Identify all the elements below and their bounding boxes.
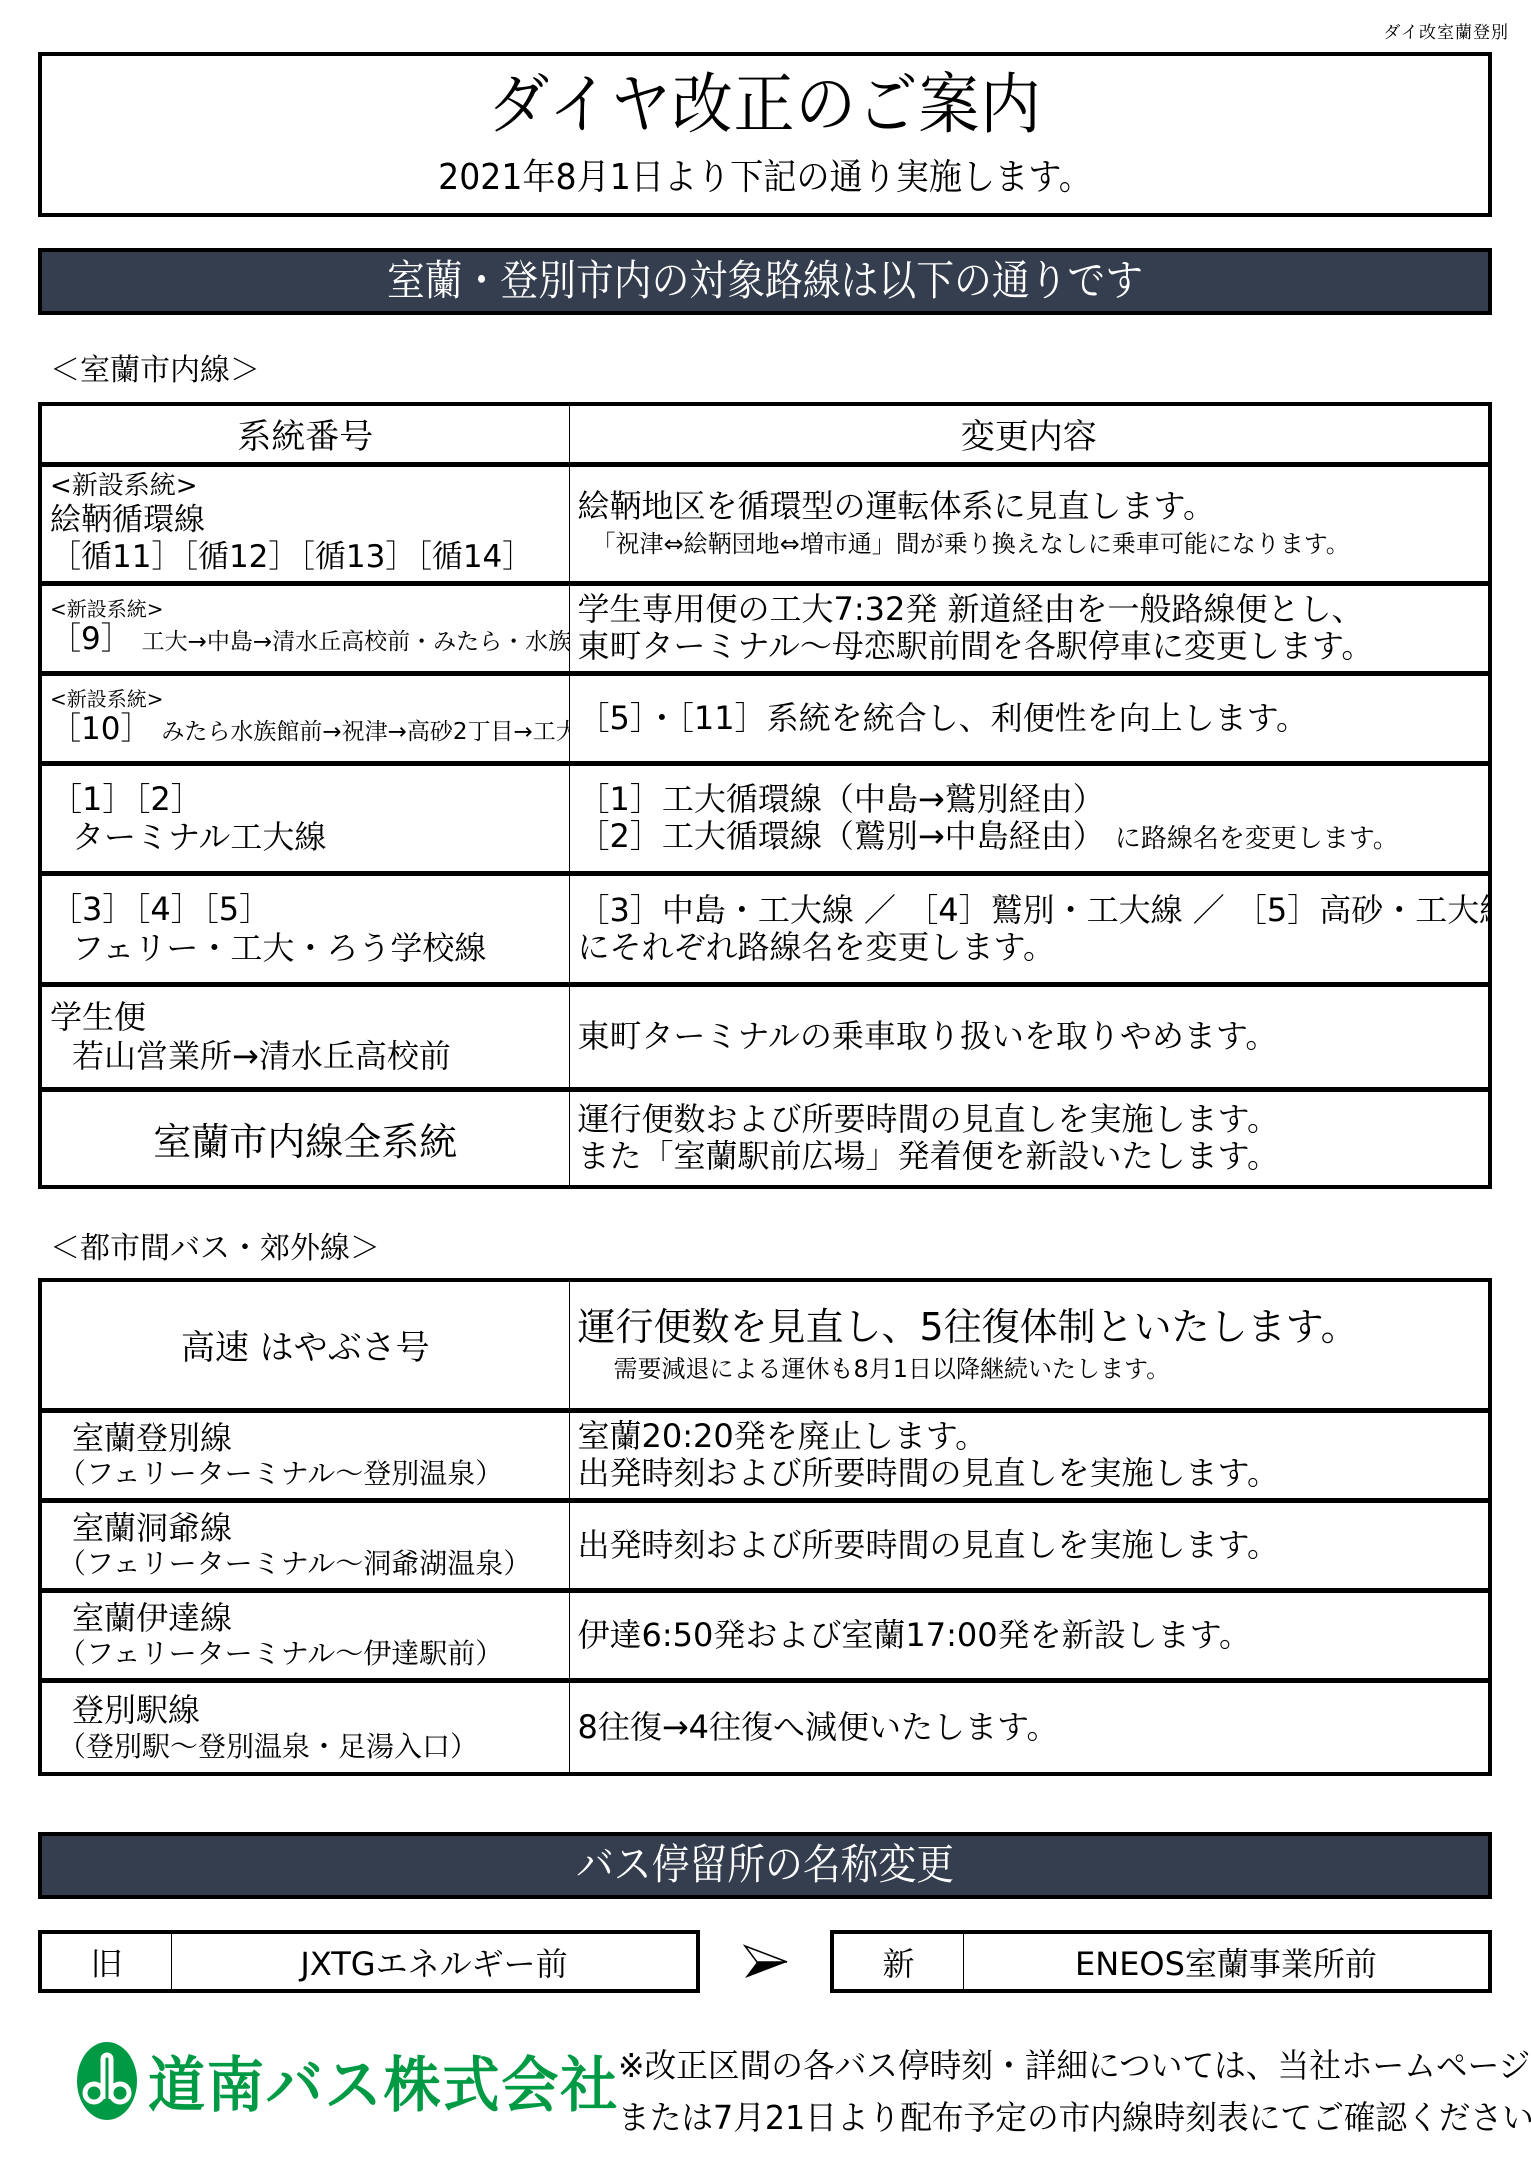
company-name: 道南バス株式会社 xyxy=(148,2038,619,2124)
change-cell: ［1］工大循環線（中島→鷲別経由） ［2］工大循環線（鷲別→中島経由） に路線名… xyxy=(569,763,1490,873)
change-line: にそれぞれ路線名を変更します。 xyxy=(578,929,1481,966)
table-header-row: 系統番号 変更内容 xyxy=(40,404,1490,464)
route-name: 室蘭洞爺線 xyxy=(50,1509,561,1547)
change-line: ［2］工大循環線（鷲別→中島経由） xyxy=(578,817,1105,855)
route-cell: 高速 はやぶさ号 xyxy=(40,1280,569,1410)
route-cell: 室蘭登別線 （フェリーターミナル～登別温泉） xyxy=(40,1410,569,1500)
change-cell: 室蘭20:20発を廃止します。 出発時刻および所要時間の見直しを実施します。 xyxy=(569,1410,1490,1500)
table-row: <新設系統> 絵鞆循環線 ［循11］［循12］［循13］［循14］ 絵鞆地区を循… xyxy=(40,464,1490,583)
new-route-tag: <新設系統> xyxy=(50,687,561,711)
old-stop-name: JXTGエネルギー前 xyxy=(172,1939,696,1985)
change-cell: ［3］中島・工大線 ／ ［4］鷲別・工大線 ／ ［5］高砂・工大線 にそれぞれ路… xyxy=(569,873,1490,984)
arrowhead-right-icon xyxy=(743,1944,789,1980)
column-header-changes: 変更内容 xyxy=(569,404,1490,464)
change-line: 出発時刻および所要時間の見直しを実施します。 xyxy=(578,1455,1481,1492)
new-stop-name-box: 新 ENEOS室蘭事業所前 xyxy=(830,1930,1492,1993)
table-row: 登別駅線 （登別駅～登別温泉・足湯入口） 8往復→4往復へ減便いたします。 xyxy=(40,1680,1490,1774)
rename-banner: バス停留所の名称変更 xyxy=(38,1832,1492,1899)
routes-banner: 室蘭・登別市内の対象路線は以下の通りです xyxy=(38,248,1492,315)
route-path: みたら水族館前→祝津→高砂2丁目→工大 xyxy=(161,719,569,745)
route-name: 絵鞆循環線 xyxy=(50,502,561,539)
table-row: <新設系統> ［10］ みたら水族館前→祝津→高砂2丁目→工大 ［5］・［11］… xyxy=(40,673,1490,763)
intercity-routes-table: 高速 はやぶさ号 運行便数を見直し、5往復体制といたします。 需要減退による運休… xyxy=(38,1278,1492,1776)
rename-banner-text: バス停留所の名称変更 xyxy=(576,1836,954,1894)
route-cell: 室蘭洞爺線 （フェリーターミナル～洞爺湖温泉） xyxy=(40,1500,569,1590)
title-box: ダイヤ改正のご案内 2021年8月1日より下記の通り実施します。 xyxy=(38,52,1492,217)
route-type: 学生便 xyxy=(50,998,561,1036)
route-cell: <新設系統> ［9］ 工大→中島→清水丘高校前・みたら・水族館前 xyxy=(40,583,569,673)
change-line: 室蘭20:20発を廃止します。 xyxy=(578,1418,1481,1455)
route-numbers: ［3］［4］［5］ xyxy=(50,890,561,928)
change-cell: 運行便数を見直し、5往復体制といたします。 需要減退による運休も8月1日以降継続… xyxy=(569,1280,1490,1410)
old-stop-name-box: 旧 JXTGエネルギー前 xyxy=(38,1930,700,1993)
change-line: 東町ターミナル～母恋駅前間を各駅停車に変更します。 xyxy=(578,628,1481,665)
route-name: 室蘭市内線全系統 xyxy=(153,1120,457,1164)
effective-date-text: 2021年8月1日より下記の通り実施します。 xyxy=(100,160,1430,196)
change-suffix: に路線名を変更します。 xyxy=(1115,824,1399,854)
company-logo: 道南バス株式会社 xyxy=(76,2038,644,2124)
new-route-tag: <新設系統> xyxy=(50,471,561,502)
footer-note-line: ※改正区間の各バス停時刻・詳細については、当社ホームページ xyxy=(618,2040,1531,2092)
route-cell: 学生便 若山営業所→清水丘高校前 xyxy=(40,984,569,1089)
change-line: 運行便数および所要時間の見直しを実施します。 xyxy=(578,1101,1481,1138)
route-number: ［9］ xyxy=(50,621,132,657)
route-name: 若山営業所→清水丘高校前 xyxy=(50,1037,561,1075)
route-name: 登別駅線 xyxy=(50,1691,561,1729)
change-note: 需要減退による運休も8月1日以降継続いたします。 xyxy=(578,1356,1481,1384)
route-name: ターミナル工大線 xyxy=(50,818,561,856)
new-route-tag: <新設系統> xyxy=(50,597,561,621)
change-text: 東町ターミナルの乗車取り扱いを取りやめます。 xyxy=(578,1017,1278,1055)
new-stop-name: ENEOS室蘭事業所前 xyxy=(964,1939,1488,1985)
route-name: 室蘭伊達線 xyxy=(50,1599,561,1637)
table-row: 学生便 若山営業所→清水丘高校前 東町ターミナルの乗車取り扱いを取りやめます。 xyxy=(40,984,1490,1089)
change-line: 学生専用便の工大7:32発 新道経由を一般路線便とし、 xyxy=(578,591,1481,628)
route-name: フェリー・工大・ろう学校線 xyxy=(50,929,561,967)
change-text: ［5］・［11］系統を統合し、利便性を向上します。 xyxy=(578,699,1309,737)
city-routes-table: 系統番号 変更内容 <新設系統> 絵鞆循環線 ［循11］［循12］［循13］［循… xyxy=(38,402,1492,1189)
change-line: ［3］中島・工大線 ／ ［4］鷲別・工大線 ／ ［5］高砂・工大線 xyxy=(578,892,1481,929)
change-text: 運行便数を見直し、5往復体制といたします。 xyxy=(578,1306,1481,1350)
route-number: ［10］ xyxy=(50,711,151,747)
table-row: 高速 はやぶさ号 運行便数を見直し、5往復体制といたします。 需要減退による運休… xyxy=(40,1280,1490,1410)
column-header-route-number: 系統番号 xyxy=(40,404,569,464)
city-section-label: ＜室蘭市内線＞ xyxy=(50,356,260,386)
route-section: （フェリーターミナル～登別温泉） xyxy=(50,1457,561,1491)
footer-note-line: または7月21日より配布予定の市内線時刻表にてご確認ください。 xyxy=(618,2092,1531,2144)
route-name: 室蘭登別線 xyxy=(50,1419,561,1457)
change-cell: 8往復→4往復へ減便いたします。 xyxy=(569,1680,1490,1774)
table-row: 室蘭市内線全系統 運行便数および所要時間の見直しを実施します。 また「室蘭駅前広… xyxy=(40,1089,1490,1187)
change-cell: 運行便数および所要時間の見直しを実施します。 また「室蘭駅前広場」発着便を新設い… xyxy=(569,1089,1490,1187)
table-row: ［3］［4］［5］ フェリー・工大・ろう学校線 ［3］中島・工大線 ／ ［4］鷲… xyxy=(40,873,1490,984)
route-section: （フェリーターミナル～洞爺湖温泉） xyxy=(50,1547,561,1581)
old-label: 旧 xyxy=(42,1934,172,1989)
table-row: ［1］［2］ ターミナル工大線 ［1］工大循環線（中島→鷲別経由） ［2］工大循… xyxy=(40,763,1490,873)
route-cell: <新設系統> 絵鞆循環線 ［循11］［循12］［循13］［循14］ xyxy=(40,464,569,583)
route-numbers: ［1］［2］ xyxy=(50,780,561,818)
route-cell: 室蘭市内線全系統 xyxy=(40,1089,569,1187)
change-note: 「祝津⇔絵鞆団地⇔増市通」間が乗り換えなしに乗車可能になります。 xyxy=(578,531,1481,559)
intercity-section-label: ＜都市間バス・郊外線＞ xyxy=(50,1234,380,1264)
route-path: 工大→中島→清水丘高校前・みたら・水族館前 xyxy=(142,629,569,655)
route-section: （登別駅～登別温泉・足湯入口） xyxy=(50,1730,561,1764)
route-name: 高速 はやぶさ号 xyxy=(181,1328,430,1368)
table-row: 室蘭洞爺線 （フェリーターミナル～洞爺湖温泉） 出発時刻および所要時間の見直しを… xyxy=(40,1500,1490,1590)
change-line: ［1］工大循環線（中島→鷲別経由） xyxy=(578,781,1481,818)
route-cell: 登別駅線 （登別駅～登別温泉・足湯入口） xyxy=(40,1680,569,1774)
table-row: <新設系統> ［9］ 工大→中島→清水丘高校前・みたら・水族館前 学生専用便の工… xyxy=(40,583,1490,673)
change-text: 8往復→4往復へ減便いたします。 xyxy=(578,1708,1059,1746)
change-text: 出発時刻および所要時間の見直しを実施します。 xyxy=(578,1526,1279,1564)
footer-note: ※改正区間の各バス停時刻・詳細については、当社ホームページ または7月21日より… xyxy=(618,2040,1531,2144)
change-cell: 学生専用便の工大7:32発 新道経由を一般路線便とし、 東町ターミナル～母恋駅前… xyxy=(569,583,1490,673)
document-code: ダイ改室蘭登別 xyxy=(1383,18,1509,43)
company-emblem-icon xyxy=(76,2041,138,2121)
change-line: また「室蘭駅前広場」発着便を新設いたします。 xyxy=(578,1138,1481,1175)
route-cell: ［1］［2］ ターミナル工大線 xyxy=(40,763,569,873)
table-row: 室蘭伊達線 （フェリーターミナル～伊達駅前） 伊達6:50発および室蘭17:00… xyxy=(40,1590,1490,1680)
routes-banner-text: 室蘭・登別市内の対象路線は以下の通りです xyxy=(387,252,1143,310)
route-cell: ［3］［4］［5］ フェリー・工大・ろう学校線 xyxy=(40,873,569,984)
change-text: 伊達6:50発および室蘭17:00発を新設します。 xyxy=(578,1616,1252,1654)
route-cell: <新設系統> ［10］ みたら水族館前→祝津→高砂2丁目→工大 xyxy=(40,673,569,763)
change-text: 絵鞆地区を循環型の運転体系に見直します。 xyxy=(578,488,1481,525)
change-cell: ［5］・［11］系統を統合し、利便性を向上します。 xyxy=(569,673,1490,763)
table-row: 室蘭登別線 （フェリーターミナル～登別温泉） 室蘭20:20発を廃止します。 出… xyxy=(40,1410,1490,1500)
page-title: ダイヤ改正のご案内 xyxy=(100,72,1430,138)
change-cell: 伊達6:50発および室蘭17:00発を新設します。 xyxy=(569,1590,1490,1680)
change-cell: 絵鞆地区を循環型の運転体系に見直します。 「祝津⇔絵鞆団地⇔増市通」間が乗り換え… xyxy=(569,464,1490,583)
route-numbers: ［循11］［循12］［循13］［循14］ xyxy=(50,539,561,576)
route-section: （フェリーターミナル～伊達駅前） xyxy=(50,1637,561,1671)
new-label: 新 xyxy=(834,1934,964,1989)
change-cell: 東町ターミナルの乗車取り扱いを取りやめます。 xyxy=(569,984,1490,1089)
route-cell: 室蘭伊達線 （フェリーターミナル～伊達駅前） xyxy=(40,1590,569,1680)
change-cell: 出発時刻および所要時間の見直しを実施します。 xyxy=(569,1500,1490,1590)
